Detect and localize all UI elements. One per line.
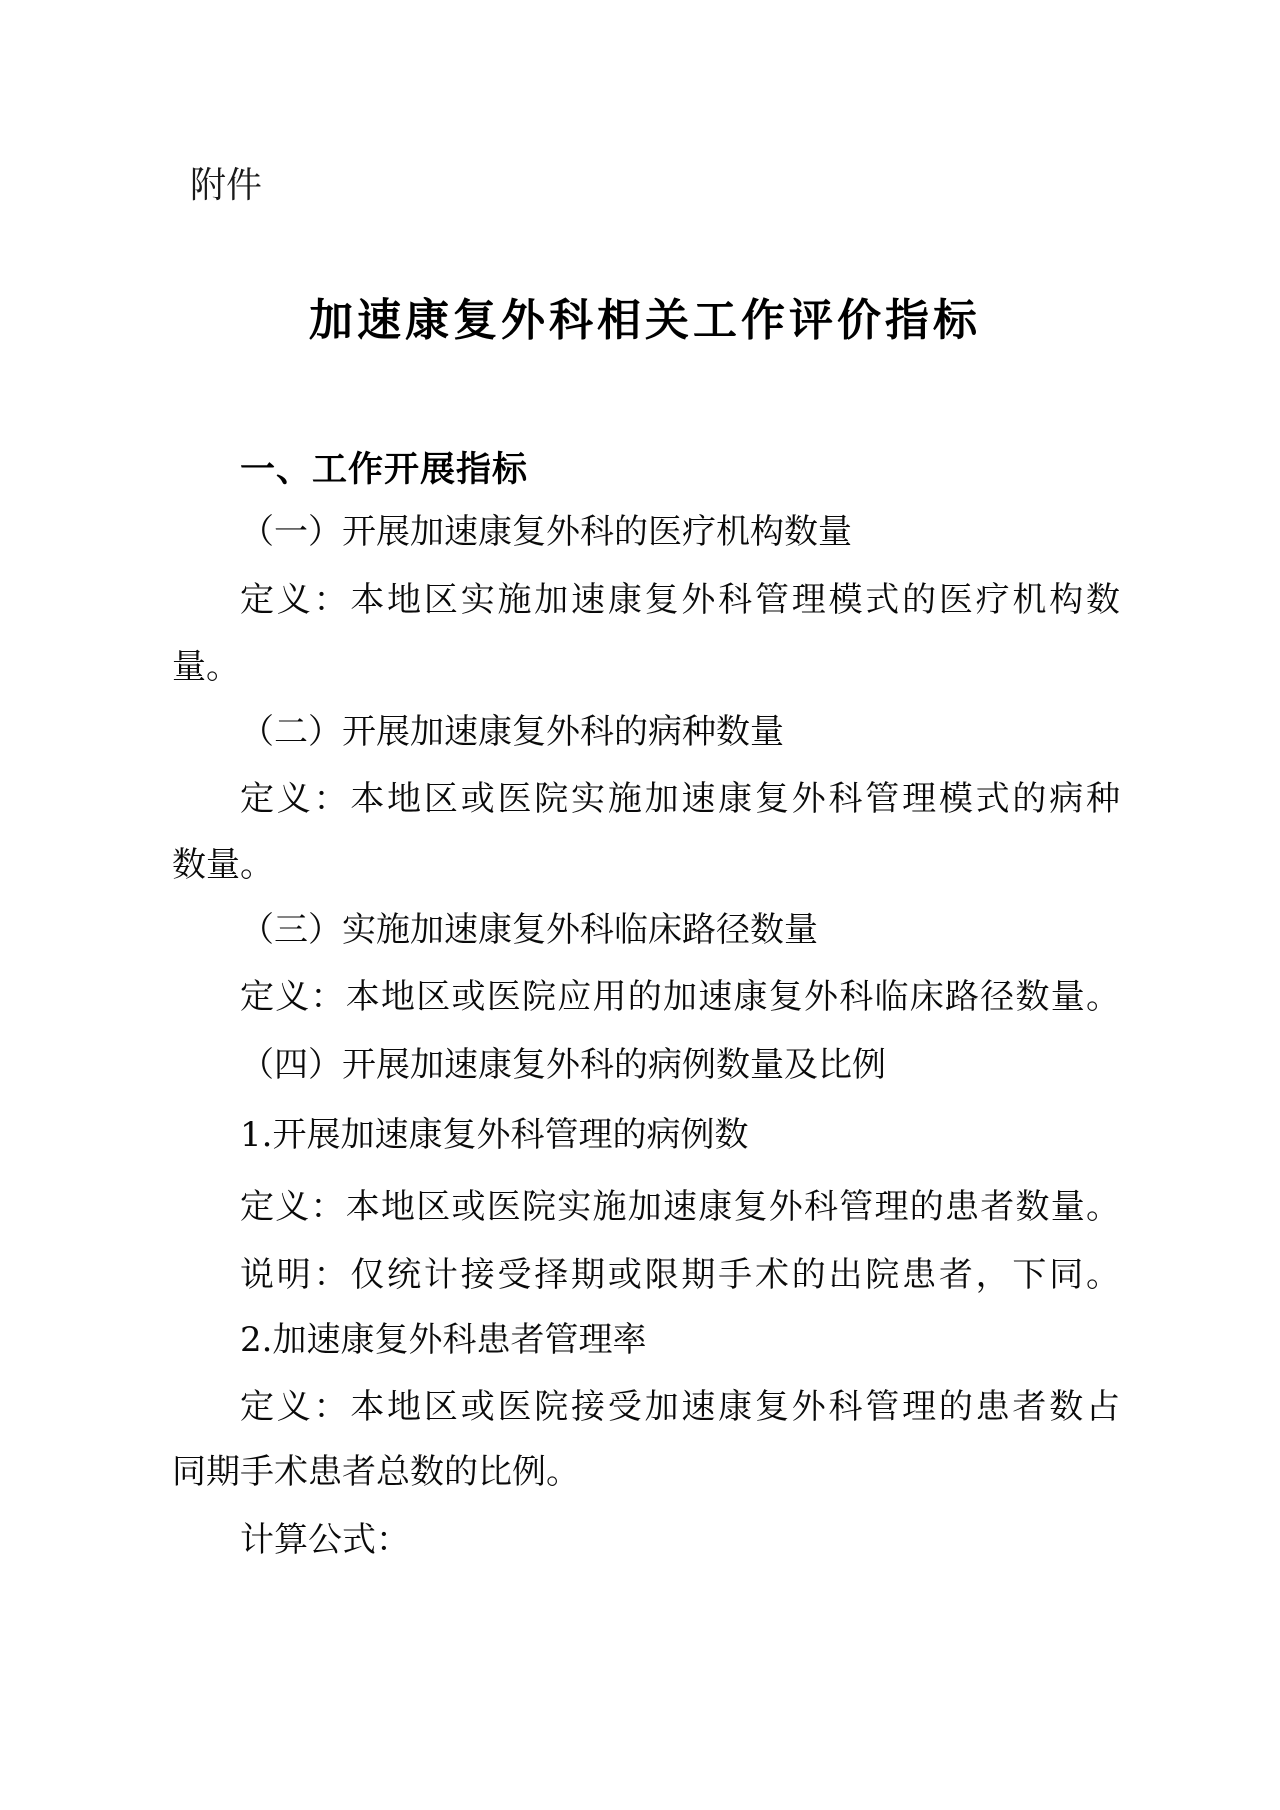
item-1-definition-line-2: 量。 [172,645,240,689]
item-4-sub-2-definition-line-2: 同期手术患者总数的比例。 [172,1450,580,1494]
item-1-definition-line-1: 定义：本地区实施加速康复外科管理模式的医疗机构数 [240,578,1120,622]
item-4-sub-1-note: 说明：仅统计接受择期或限期手术的出院患者，下同。 [240,1253,1120,1297]
item-4-sub-1-definition: 定义：本地区或医院实施加速康复外科管理的患者数量。 [240,1185,1120,1229]
item-4-sub-1-heading: 1.开展加速康复外科管理的病例数 [240,1113,748,1157]
item-2-heading: （二）开展加速康复外科的病种数量 [240,710,784,754]
formula-label: 计算公式： [240,1518,410,1562]
document-page: 附件 加速康复外科相关工作评价指标 一、工作开展指标 （一）开展加速康复外科的医… [0,0,1280,1810]
document-title: 加速康复外科相关工作评价指标 [170,296,1120,347]
item-2-definition-line-1: 定义：本地区或医院实施加速康复外科管理模式的病种 [240,777,1120,821]
item-3-definition: 定义：本地区或医院应用的加速康复外科临床路径数量。 [240,975,1120,1019]
item-2-definition-line-2: 数量。 [172,843,274,887]
section-1-heading: 一、工作开展指标 [240,447,528,493]
item-4-heading: （四）开展加速康复外科的病例数量及比例 [240,1043,886,1087]
attachment-label: 附件 [190,164,262,205]
item-4-sub-2-heading: 2.加速康复外科患者管理率 [240,1318,646,1362]
item-1-heading: （一）开展加速康复外科的医疗机构数量 [240,510,852,554]
item-3-heading: （三）实施加速康复外科临床路径数量 [240,908,818,952]
item-4-sub-2-definition-line-1: 定义：本地区或医院接受加速康复外科管理的患者数占 [240,1385,1120,1429]
